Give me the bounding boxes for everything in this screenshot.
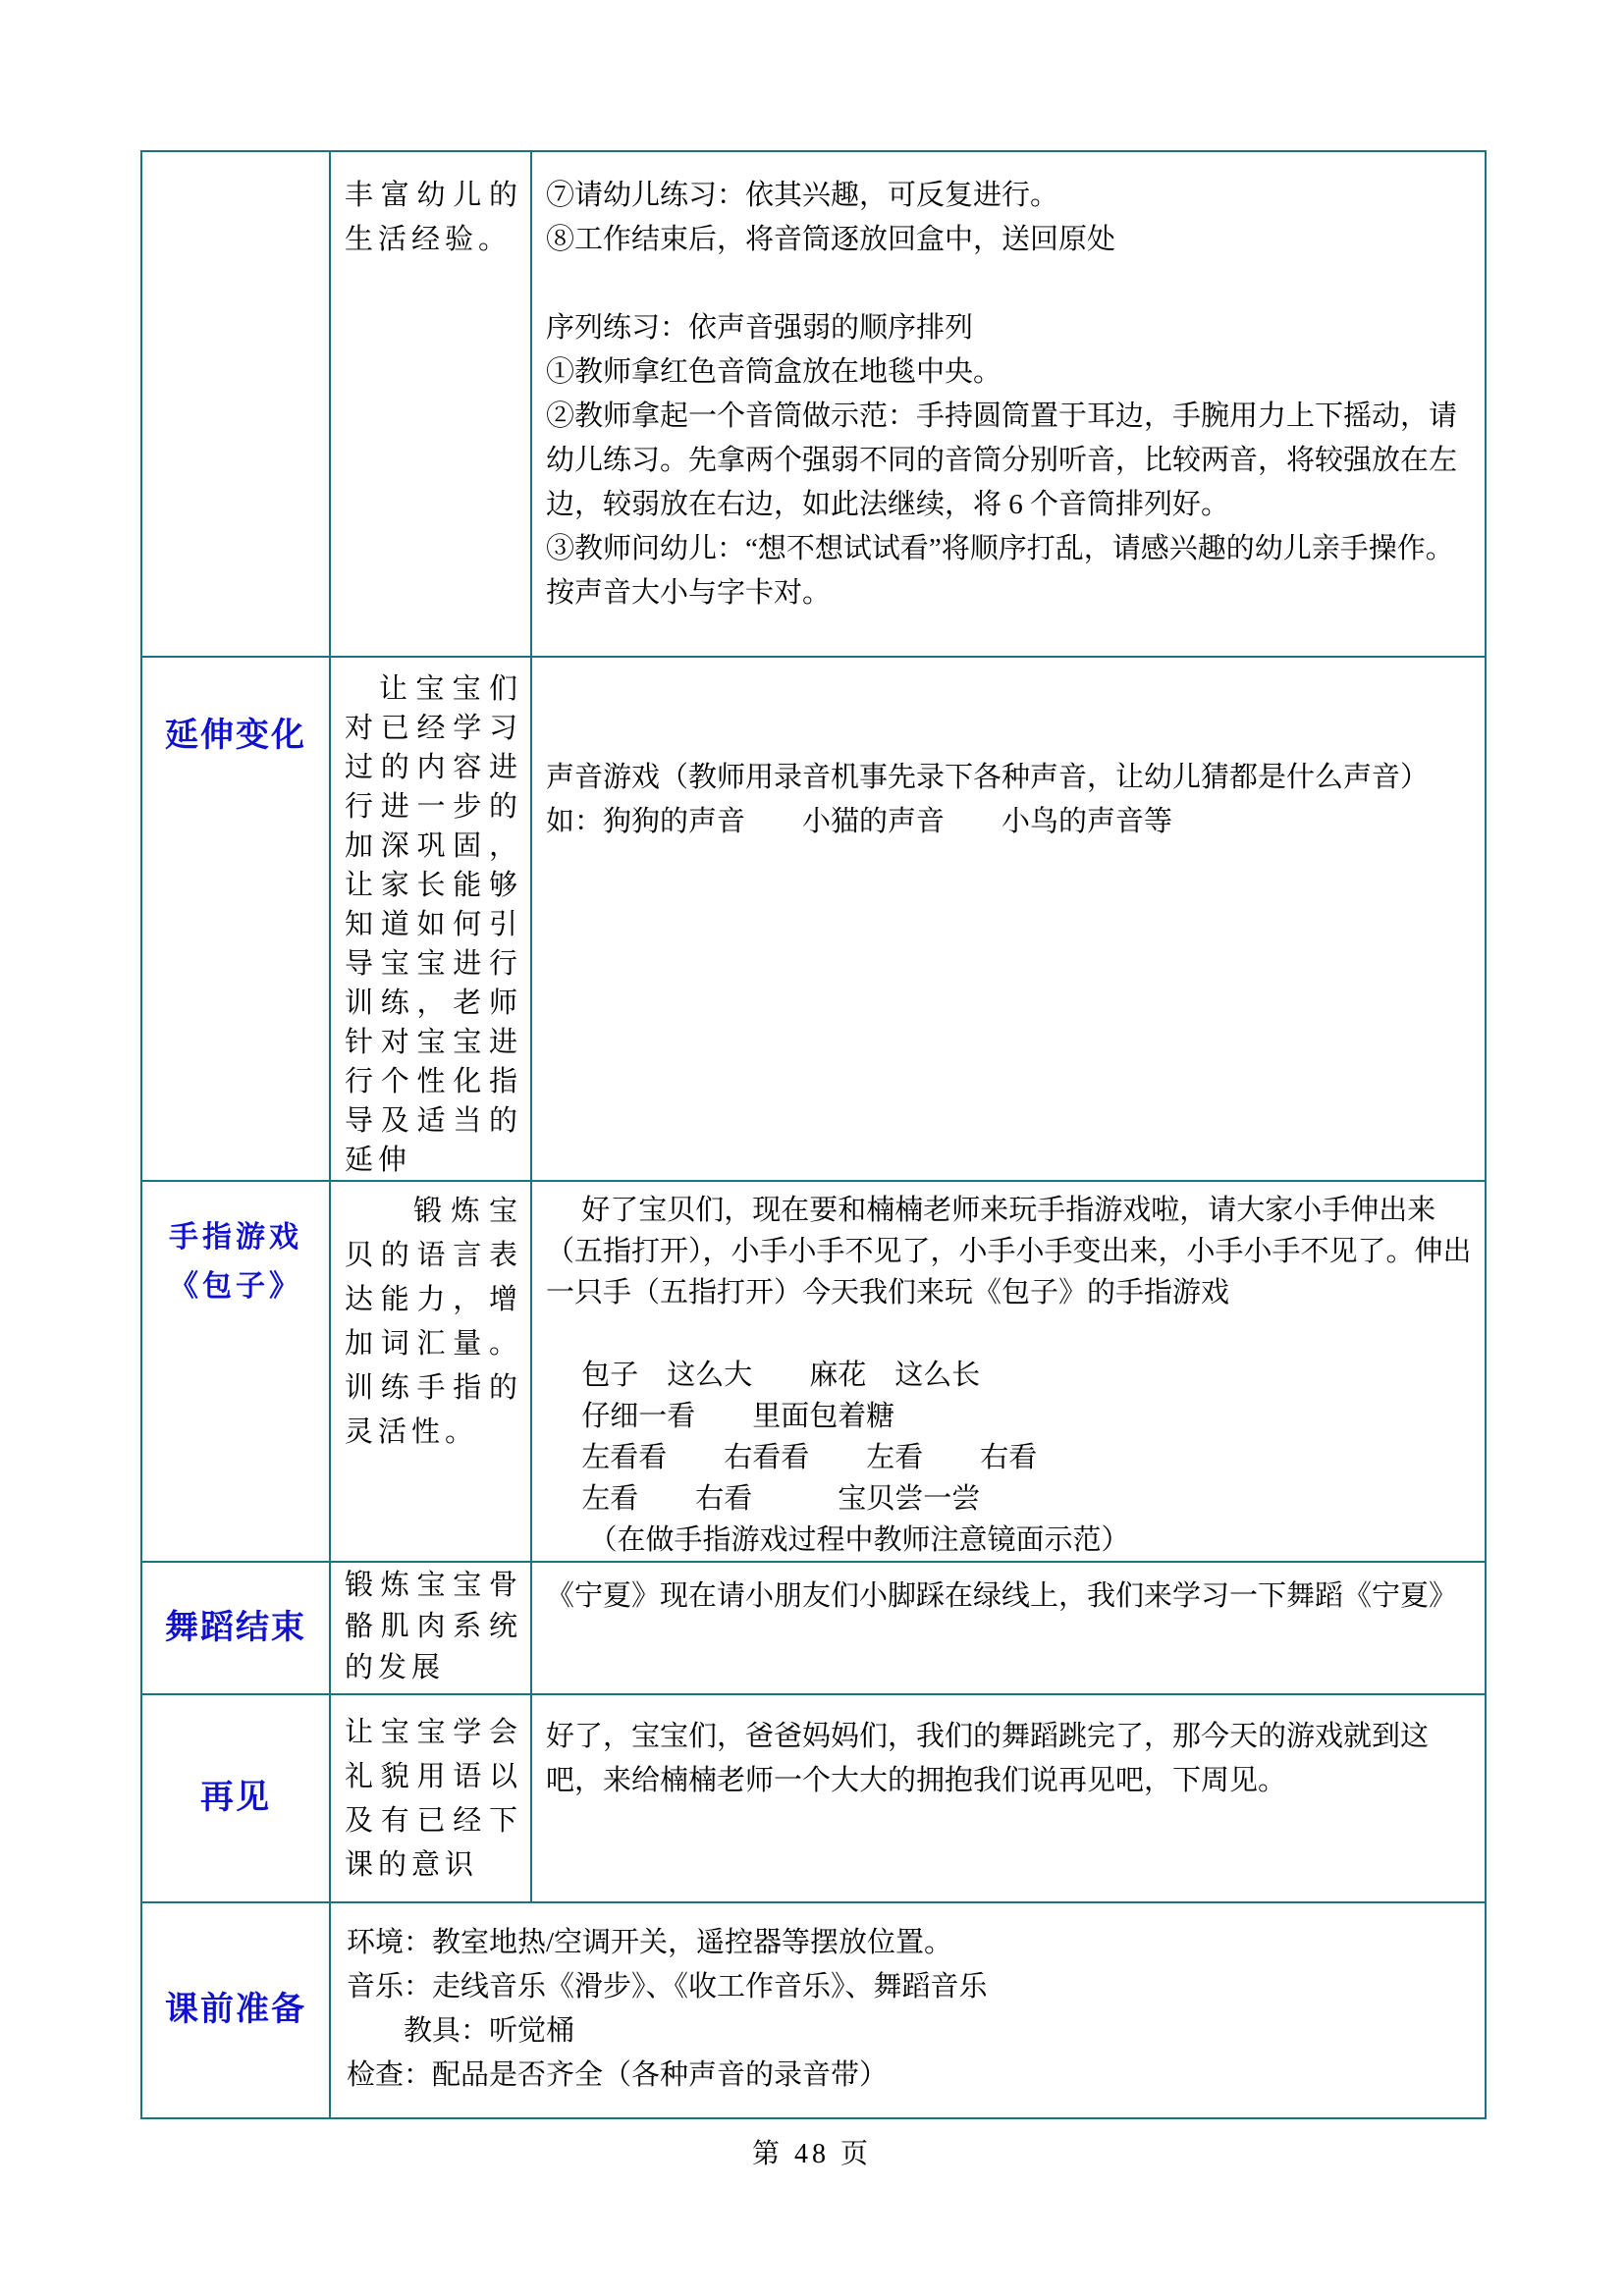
paragraph: 让宝宝学会礼貌用语以及有已经下课的意识 — [345, 1711, 522, 1888]
objective-cell: 让宝宝学会礼貌用语以及有已经下课的意识 — [330, 1694, 531, 1902]
activity-cell: 好了，宝宝们，爸爸妈妈们，我们的舞蹈跳完了，那今天的游戏就到这吧，来给楠楠老师一… — [531, 1694, 1486, 1902]
paragraph: 包子 这么大 麻花 这么长 — [546, 1355, 1473, 1396]
row-label-cell: 舞蹈结束 — [141, 1562, 330, 1694]
paragraph: ⑦请幼儿练习：依其兴趣，可反复进行。 — [546, 174, 1473, 218]
preparation-cell: 环境：教室地热/空调开关，遥控器等摆放位置。音乐：走线音乐《滑步》、《收工作音乐… — [330, 1902, 1486, 2118]
row-label: 手指游戏 《包子》 — [142, 1213, 329, 1311]
page-number: 第 48 页 — [0, 2132, 1624, 2171]
table-row-finger-game: 手指游戏 《包子》 锻炼宝贝的语言表达能力，增加词汇量。训练手指的灵活性。 好了… — [141, 1181, 1486, 1562]
paragraph: ①教师拿红色音筒盒放在地毯中央。 — [546, 350, 1473, 395]
paragraph — [546, 1313, 1473, 1355]
paragraph: 《宁夏》现在请小朋友们小脚踩在绿线上，我们来学习一下舞蹈《宁夏》 — [546, 1575, 1473, 1619]
paragraph: （在做手指游戏过程中教师注意镜面示范） — [546, 1520, 1473, 1561]
paragraph: ⑧工作结束后，将音筒逐放回盒中，送回原处 — [546, 218, 1473, 262]
row-label: 再见 — [142, 1777, 329, 1820]
objective-cell: 丰富幼儿的生活经验。 — [330, 151, 531, 657]
document-page: 丰富幼儿的生活经验。 ⑦请幼儿练习：依其兴趣，可反复进行。⑧工作结束后，将音筒逐… — [0, 0, 1624, 2296]
paragraph: 检查：配品是否齐全（各种声音的录音带） — [347, 2054, 1473, 2098]
row-label-cell: 课前准备 — [141, 1902, 330, 2118]
objective-cell: 锻炼宝贝的语言表达能力，增加词汇量。训练手指的灵活性。 — [330, 1181, 531, 1562]
paragraph: 音乐：走线音乐《滑步》、《收工作音乐》、舞蹈音乐 — [347, 1965, 1473, 2009]
objective-cell: 让宝宝们对已经学习过的内容进行进一步的加深巩固，让家长能够知道如何引导宝宝进行训… — [330, 657, 531, 1181]
objective-cell: 锻炼宝宝骨骼肌肉系统的发展 — [330, 1562, 531, 1694]
row-label-cell: 手指游戏 《包子》 — [141, 1181, 330, 1562]
paragraph: ②教师拿起一个音筒做示范：手持圆筒置于耳边，手腕用力上下摇动，请幼儿练习。先拿两… — [546, 395, 1473, 527]
paragraph: 教具：听觉桶 — [347, 2009, 1473, 2054]
paragraph: 如：狗狗的声音 小猫的声音 小鸟的声音等 — [546, 800, 1473, 844]
activity-cell: 好了宝贝们，现在要和楠楠老师来玩手指游戏啦，请大家小手伸出来（五指打开），小手小… — [531, 1181, 1486, 1562]
lesson-plan-table: 丰富幼儿的生活经验。 ⑦请幼儿练习：依其兴趣，可反复进行。⑧工作结束后，将音筒逐… — [140, 150, 1487, 2119]
paragraph: 好了，宝宝们，爸爸妈妈们，我们的舞蹈跳完了，那今天的游戏就到这吧，来给楠楠老师一… — [546, 1715, 1473, 1803]
paragraph — [546, 262, 1473, 306]
paragraph: 让宝宝们对已经学习过的内容进行进一步的加深巩固，让家长能够知道如何引导宝宝进行训… — [345, 669, 522, 1180]
table-row-goodbye: 再见 让宝宝学会礼貌用语以及有已经下课的意识 好了，宝宝们，爸爸妈妈们，我们的舞… — [141, 1694, 1486, 1902]
row-label-cell: 延伸变化 — [141, 657, 330, 1181]
row-label: 延伸变化 — [142, 715, 329, 758]
row-label-cell — [141, 151, 330, 657]
table-row-extension: 延伸变化 让宝宝们对已经学习过的内容进行进一步的加深巩固，让家长能够知道如何引导… — [141, 657, 1486, 1181]
paragraph: 左看 右看 宝贝尝一尝 — [546, 1478, 1473, 1520]
paragraph: 序列练习：依声音强弱的顺序排列 — [546, 306, 1473, 350]
paragraph: 丰富幼儿的生活经验。 — [345, 174, 522, 262]
paragraph: 锻炼宝宝骨骼肌肉系统的发展 — [345, 1565, 522, 1688]
row-label: 舞蹈结束 — [142, 1607, 329, 1650]
paragraph: 环境：教室地热/空调开关，遥控器等摆放位置。 — [347, 1921, 1473, 1965]
row-label: 课前准备 — [142, 1989, 329, 2032]
activity-cell: ⑦请幼儿练习：依其兴趣，可反复进行。⑧工作结束后，将音筒逐放回盒中，送回原处 序… — [531, 151, 1486, 657]
paragraph: ③教师问幼儿：“想不想试试看”将顺序打乱，请感兴趣的幼儿亲手操作。按声音大小与字… — [546, 527, 1473, 615]
table-row-dance-ending: 舞蹈结束 锻炼宝宝骨骼肌肉系统的发展 《宁夏》现在请小朋友们小脚踩在绿线上，我们… — [141, 1562, 1486, 1694]
table-row-preparation: 课前准备 环境：教室地热/空调开关，遥控器等摆放位置。音乐：走线音乐《滑步》、《… — [141, 1902, 1486, 2118]
table-row-continuation: 丰富幼儿的生活经验。 ⑦请幼儿练习：依其兴趣，可反复进行。⑧工作结束后，将音筒逐… — [141, 151, 1486, 657]
activity-cell: 声音游戏（教师用录音机事先录下各种声音，让幼儿猜都是什么声音）如：狗狗的声音 小… — [531, 657, 1486, 1181]
paragraph: 好了宝贝们，现在要和楠楠老师来玩手指游戏啦，请大家小手伸出来（五指打开），小手小… — [546, 1190, 1473, 1313]
paragraph: 锻炼宝贝的语言表达能力，增加词汇量。训练手指的灵活性。 — [345, 1190, 522, 1455]
paragraph: 声音游戏（教师用录音机事先录下各种声音，让幼儿猜都是什么声音） — [546, 756, 1473, 800]
paragraph: 仔细一看 里面包着糖 — [546, 1396, 1473, 1437]
activity-cell: 《宁夏》现在请小朋友们小脚踩在绿线上，我们来学习一下舞蹈《宁夏》 — [531, 1562, 1486, 1694]
paragraph: 左看看 右看看 左看 右看 — [546, 1437, 1473, 1478]
row-label-cell: 再见 — [141, 1694, 330, 1902]
